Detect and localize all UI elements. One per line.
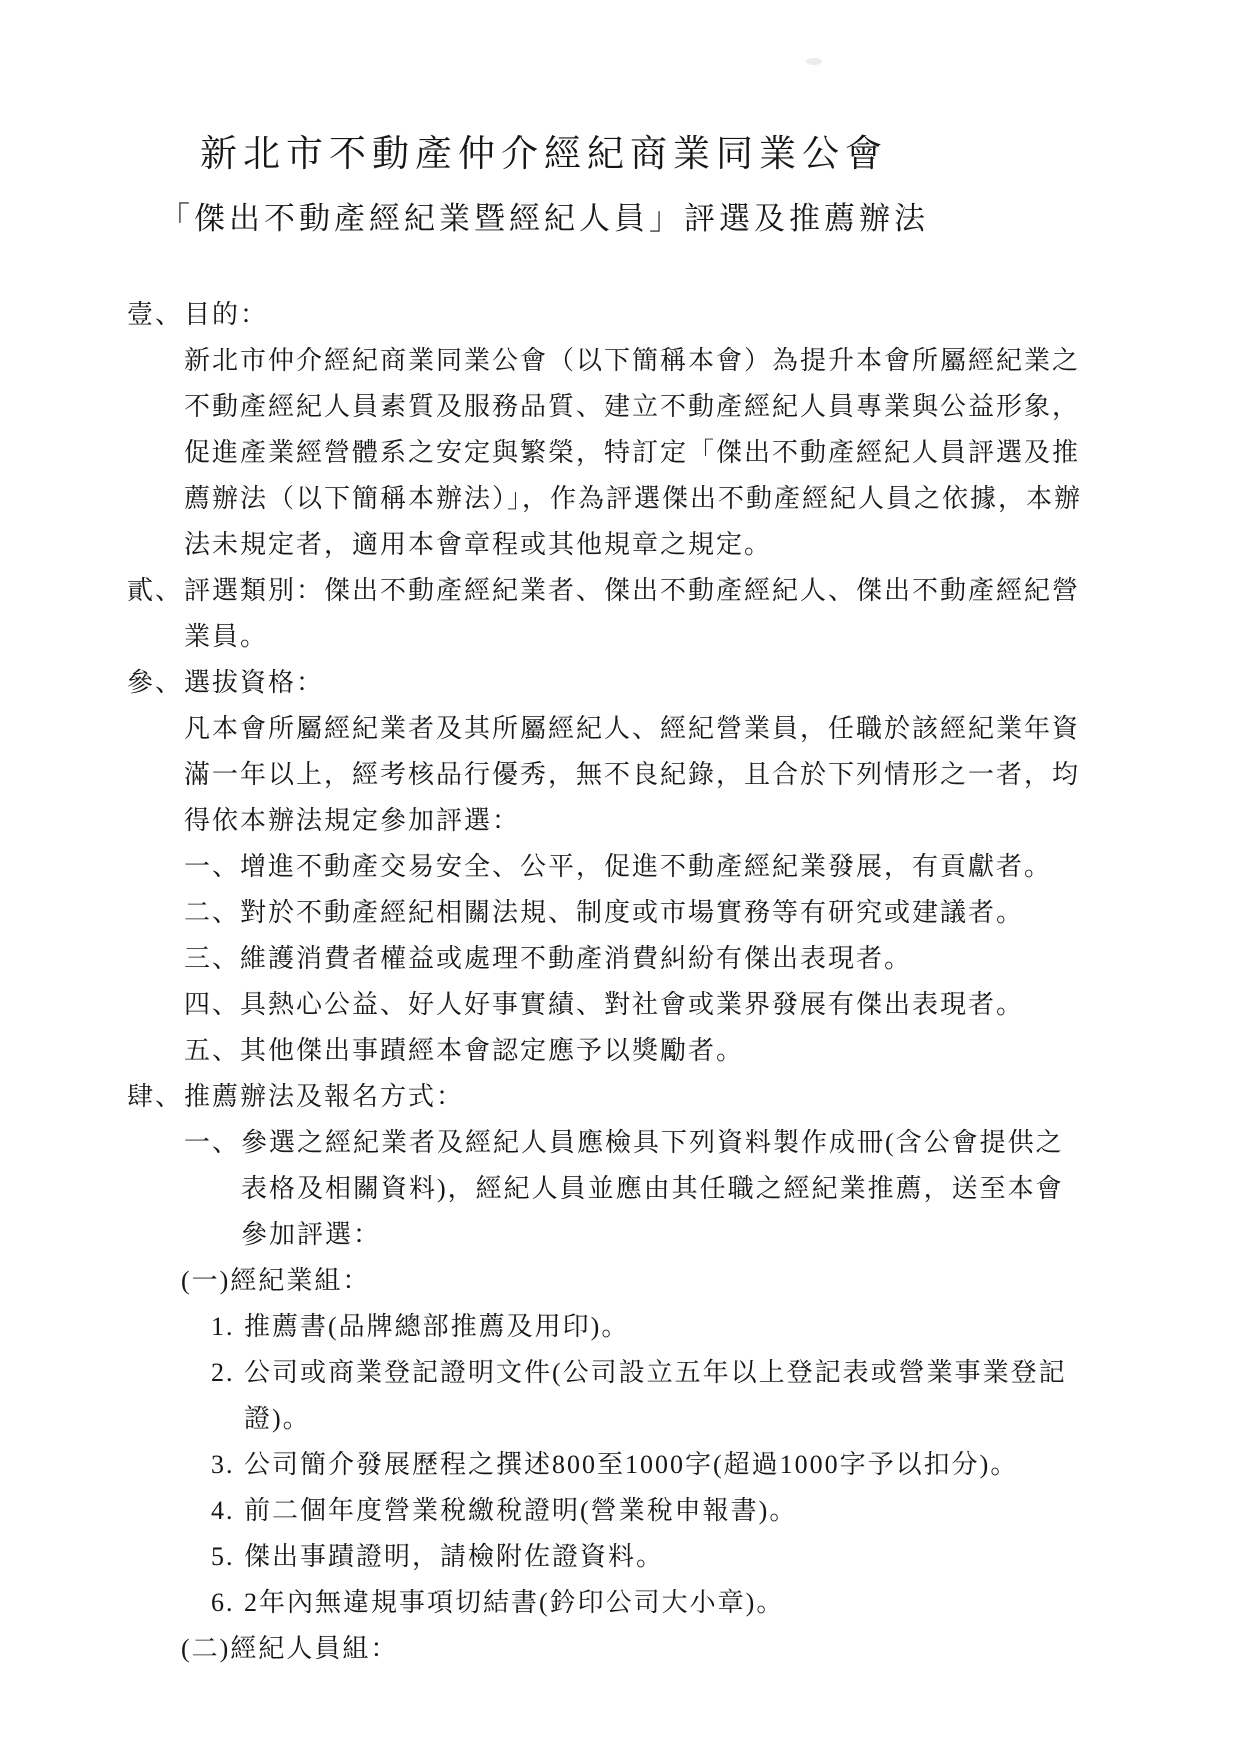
numbered-item-text: 公司簡介發展歷程之撰述800至1000字(超過1000字予以扣分)。 [244,1442,1018,1488]
scan-artifact [806,58,822,65]
list-item: 一、增進不動產交易安全、公平，促進不動產經紀業發展，有貢獻者。 [184,844,1190,890]
group-heading-brokerage: (一)經紀業組： [181,1258,1190,1304]
section-qualifications: 參、 選拔資格： 凡本會所屬經紀業者及其所屬經紀人、經紀營業員，任職於該經紀業年… [127,660,1190,1074]
title-block: 新北市不動產仲介經紀商業同業公會 「傑出不動產經紀業暨經紀人員」評選及推薦辦法 [128,0,960,242]
section-marker: 壹、 [127,292,184,338]
numbered-item-text: 2年內無違規事項切結書(鈐印公司大小章)。 [244,1580,784,1626]
section-content: 選拔資格： 凡本會所屬經紀業者及其所屬經紀人、經紀營業員，任職於該經紀業年資 滿… [184,660,1190,1074]
section-paragraph: 凡本會所屬經紀業者及其所屬經紀人、經紀營業員，任職於該經紀業年資 滿一年以上，經… [184,706,1190,844]
list-item: 四、具熱心公益、好人好事實績、對社會或業界發展有傑出表現者。 [184,982,1190,1028]
sub-item-marker: 一、 [184,1120,241,1166]
numbered-item: 1. 推薦書(品牌總部推薦及用印)。 [211,1304,1190,1350]
numbered-item: 2. 公司或商業登記證明文件(公司設立五年以上登記表或營業事業登記 證)。 [211,1350,1190,1442]
section-heading: 推薦辦法及報名方式： [184,1074,1190,1120]
section-marker: 參、 [127,660,184,706]
numbered-item-marker: 1. [211,1304,244,1350]
section-marker: 肆、 [127,1074,184,1120]
numbered-item-marker: 2. [211,1350,244,1396]
scanned-document-page: 新北市不動產仲介經紀商業同業公會 「傑出不動產經紀業暨經紀人員」評選及推薦辦法 … [0,0,1240,1753]
numbered-item: 5. 傑出事蹟證明，請檢附佐證資料。 [211,1534,1190,1580]
section-paragraph: 評選類別：傑出不動產經紀業者、傑出不動產經紀人、傑出不動產經紀營 業員。 [184,568,1190,660]
list-item: 二、對於不動產經紀相關法規、制度或市場實務等有研究或建議者。 [184,890,1190,936]
numbered-item-text: 前二個年度營業稅繳稅證明(營業稅申報書)。 [244,1488,797,1534]
section-heading: 選拔資格： [184,660,1190,706]
group-heading-agents: (二)經紀人員組： [181,1626,1190,1672]
numbered-item: 6. 2年內無違規事項切結書(鈐印公司大小章)。 [211,1580,1190,1626]
section-categories: 貳、 評選類別：傑出不動產經紀業者、傑出不動產經紀人、傑出不動產經紀營 業員。 [127,568,1190,660]
numbered-item: 4. 前二個年度營業稅繳稅證明(營業稅申報書)。 [211,1488,1190,1534]
numbered-item: 3. 公司簡介發展歷程之撰述800至1000字(超過1000字予以扣分)。 [211,1442,1190,1488]
list-item: 五、其他傑出事蹟經本會認定應予以獎勵者。 [184,1028,1190,1074]
document-title: 新北市不動產仲介經紀商業同業公會 [128,130,960,180]
section-heading: 目的： [184,292,1190,338]
section-content: 推薦辦法及報名方式： 一、 參選之經紀業者及經紀人員應檢具下列資料製作成冊(含公… [184,1074,1190,1672]
list-item: 三、維護消費者權益或處理不動產消費糾紛有傑出表現者。 [184,936,1190,982]
sub-item: 一、 參選之經紀業者及經紀人員應檢具下列資料製作成冊(含公會提供之 表格及相關資… [184,1120,1190,1258]
numbered-item-marker: 3. [211,1442,244,1488]
section-purpose: 壹、 目的： 新北市仲介經紀商業同業公會（以下簡稱本會）為提升本會所屬經紀業之 … [127,292,1190,568]
section-paragraph: 新北市仲介經紀商業同業公會（以下簡稱本會）為提升本會所屬經紀業之 不動產經紀人員… [184,338,1190,568]
sub-item-text: 參選之經紀業者及經紀人員應檢具下列資料製作成冊(含公會提供之 表格及相關資料)，… [241,1120,1064,1258]
section-marker: 貳、 [127,568,184,614]
numbered-item-text: 傑出事蹟證明，請檢附佐證資料。 [244,1534,664,1580]
section-application: 肆、 推薦辦法及報名方式： 一、 參選之經紀業者及經紀人員應檢具下列資料製作成冊… [127,1074,1190,1672]
numbered-item-text: 推薦書(品牌總部推薦及用印)。 [244,1304,629,1350]
numbered-item-marker: 6. [211,1580,244,1626]
document-body: 壹、 目的： 新北市仲介經紀商業同業公會（以下簡稱本會）為提升本會所屬經紀業之 … [127,292,1240,1672]
document-subtitle: 「傑出不動產經紀業暨經紀人員」評選及推薦辦法 [128,196,960,242]
section-content: 目的： 新北市仲介經紀商業同業公會（以下簡稱本會）為提升本會所屬經紀業之 不動產… [184,292,1190,568]
numbered-item-marker: 4. [211,1488,244,1534]
numbered-item-marker: 5. [211,1534,244,1580]
numbered-item-text: 公司或商業登記證明文件(公司設立五年以上登記表或營業事業登記 證)。 [244,1350,1067,1442]
